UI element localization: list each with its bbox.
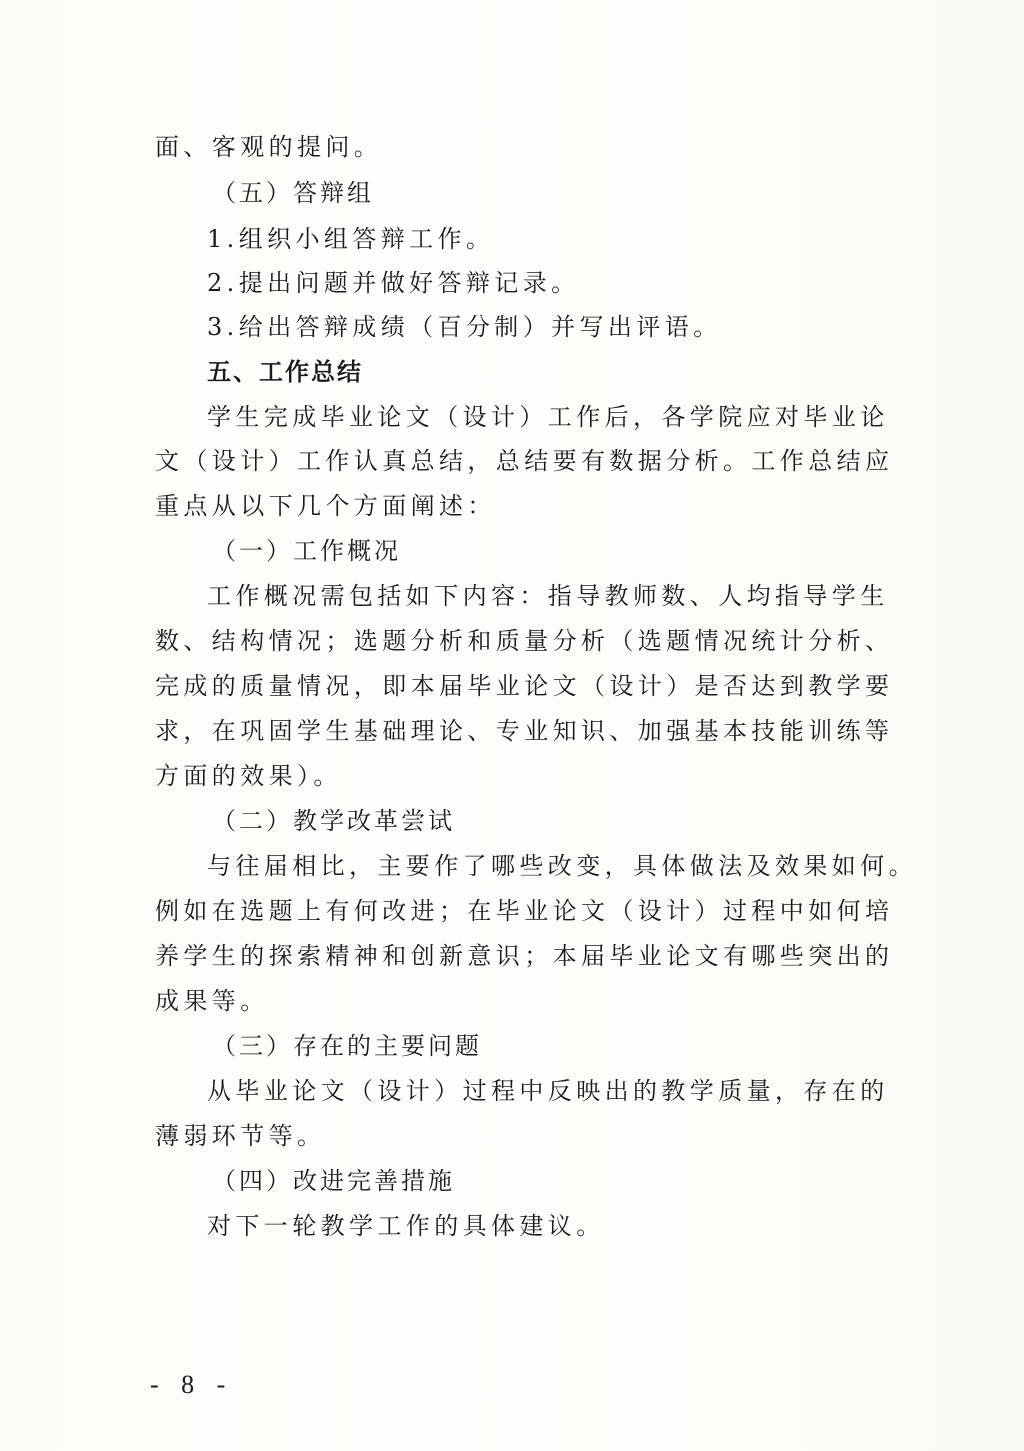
body-line: 方面的效果）。 bbox=[155, 760, 870, 792]
body-line: 成果等。 bbox=[155, 985, 870, 1017]
subsection-heading-work-overview: （一）工作概况 bbox=[212, 535, 927, 567]
body-line: 薄弱环节等。 bbox=[155, 1120, 870, 1152]
subsection-heading-main-problems: （三）存在的主要问题 bbox=[212, 1030, 927, 1062]
list-item: 3.给出答辩成绩（百分制）并写出评语。 bbox=[207, 311, 922, 343]
subsection-heading-defense-group: （五）答辩组 bbox=[212, 177, 927, 209]
body-line: 数、结构情况；选题分析和质量分析（选题情况统计分析、 bbox=[155, 625, 870, 657]
body-line: 重点从以下几个方面阐述： bbox=[155, 490, 870, 522]
subsection-heading-improvement-measures: （四）改进完善措施 bbox=[212, 1165, 927, 1197]
body-line: 完成的质量情况，即本届毕业论文（设计）是否达到教学要 bbox=[155, 670, 870, 702]
body-line: 工作概况需包括如下内容：指导教师数、人均指导学生 bbox=[207, 580, 922, 612]
body-line: 面、客观的提问。 bbox=[155, 131, 870, 163]
body-line: 文（设计）工作认真总结，总结要有数据分析。工作总结应 bbox=[155, 445, 870, 477]
subsection-heading-teaching-reform: （二）教学改革尝试 bbox=[212, 805, 927, 837]
body-line: 养学生的探索精神和创新意识；本届毕业论文有哪些突出的 bbox=[155, 940, 870, 972]
section-heading-work-summary: 五、工作总结 bbox=[207, 356, 922, 388]
list-item: 2.提出问题并做好答辩记录。 bbox=[207, 267, 922, 299]
body-line: 求，在巩固学生基础理论、专业知识、加强基本技能训练等 bbox=[155, 715, 870, 747]
body-line: 学生完成毕业论文（设计）工作后，各学院应对毕业论 bbox=[207, 401, 922, 433]
list-item: 1.组织小组答辩工作。 bbox=[207, 223, 922, 255]
body-line: 例如在选题上有何改进；在毕业论文（设计）过程中如何培 bbox=[155, 895, 870, 927]
document-page: 面、客观的提问。 （五）答辩组 1.组织小组答辩工作。 2.提出问题并做好答辩记… bbox=[0, 0, 1024, 1451]
body-line: 从毕业论文（设计）过程中反映出的教学质量，存在的 bbox=[207, 1075, 922, 1107]
body-line: 对下一轮教学工作的具体建议。 bbox=[207, 1210, 922, 1242]
page-number: - 8 - bbox=[150, 1370, 233, 1400]
body-line: 与往届相比，主要作了哪些改变，具体做法及效果如何。 bbox=[207, 850, 922, 882]
